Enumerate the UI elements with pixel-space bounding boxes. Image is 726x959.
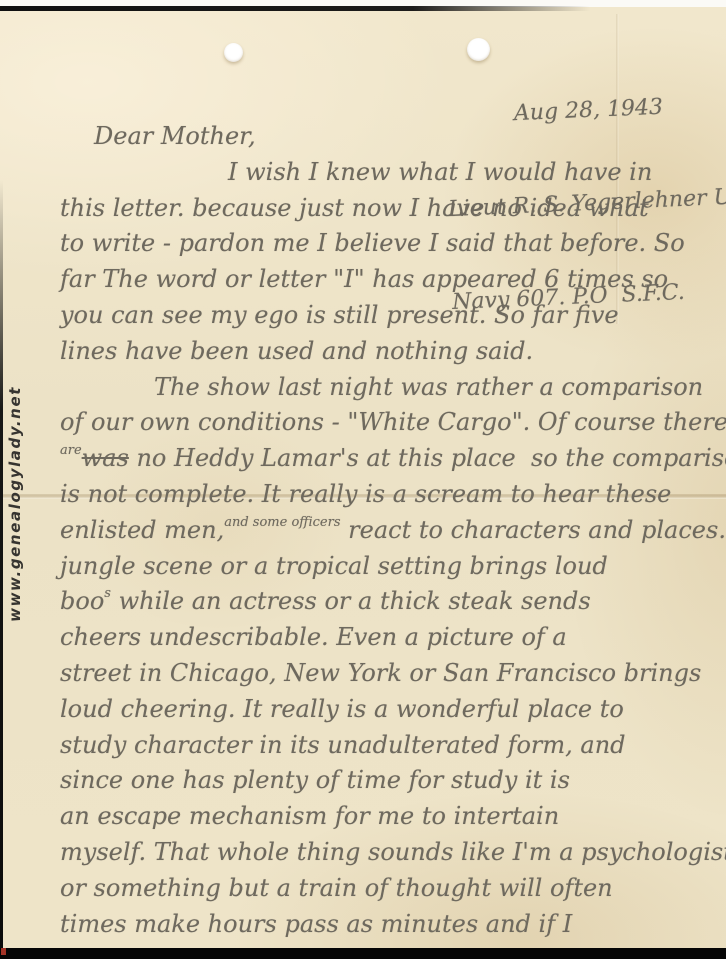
watermark-url: www.genealogylady.net (6, 386, 24, 622)
line-text: to write - pardon me I believe I said th… (60, 229, 685, 257)
line-text: lines have been used and nothing said. (60, 337, 533, 365)
letter-line: jungle scene or a tropical setting bring… (60, 549, 720, 585)
letter-line: enlisted men,and some officers react to … (60, 513, 720, 549)
letter-line: The show last night was rather a compari… (60, 370, 720, 406)
line-text: an escape mechanism for me to intertain (60, 802, 559, 830)
letter-salutation: Dear Mother, (60, 119, 720, 155)
letter-line: or something but a train of thought will… (60, 871, 720, 907)
line-text: loud cheering. It really is a wonderful … (60, 695, 624, 723)
letter-line: study character in its unadulterated for… (60, 728, 720, 764)
letter-line: street in Chicago, New York or San Franc… (60, 656, 720, 692)
line-text: react to characters and places. A (341, 516, 726, 544)
paper-top-edge-shadow (0, 6, 590, 11)
line-text: this letter. because just now I have no … (60, 194, 649, 222)
line-text: cheers undescribable. Even a picture of … (60, 623, 567, 651)
punch-hole-left (224, 43, 243, 62)
letter-line: cheers undescribable. Even a picture of … (60, 620, 720, 656)
line-text: you can see my ego is still present. So … (60, 301, 619, 329)
letter-body: Dear Mother, I wish I knew what I would … (60, 119, 720, 942)
line-text: jungle scene or a tropical setting bring… (60, 552, 608, 580)
scanned-letter-page: Aug 28, 1943 Lieut R. S. Yegerlehner USN… (0, 0, 726, 959)
line-text: times make hours pass as minutes and if … (60, 910, 572, 938)
letter-line: this letter. because just now I have no … (60, 191, 720, 227)
letter-line: boos while an actress or a thick steak s… (60, 584, 720, 620)
letter-line: to write - pardon me I believe I said th… (60, 226, 720, 262)
inserted-word: and some officers (224, 518, 340, 528)
letter-line: of our own conditions - "White Cargo". O… (60, 405, 720, 441)
line-text: I wish I knew what I would have in (228, 158, 652, 186)
letter-line: you can see my ego is still present. So … (60, 298, 720, 334)
letter-line: since one has plenty of time for study i… (60, 763, 720, 799)
line-text: enlisted men, (60, 516, 224, 544)
paper-left-edge-shadow (0, 180, 3, 948)
letter-line: is not complete. It really is a scream t… (60, 477, 720, 513)
letter-line: myself. That whole thing sounds like I'm… (60, 835, 720, 871)
letter-line: an escape mechanism for me to intertain (60, 799, 720, 835)
inserted-word: s (104, 589, 111, 599)
line-text: while an actress or a thick steak sends (111, 587, 591, 615)
line-text: or something but a train of thought will… (60, 874, 613, 902)
line-text: street in Chicago, New York or San Franc… (60, 659, 701, 687)
letter-line: lines have been used and nothing said. (60, 334, 720, 370)
line-text: no Heddy Lamar's at this place so the co… (129, 444, 726, 472)
line-text: study character in its unadulterated for… (60, 731, 626, 759)
line-text: far The word or letter "I" has appeared … (60, 265, 668, 293)
line-text: boo (60, 587, 104, 615)
line-text: myself. That whole thing sounds like I'm… (60, 838, 726, 866)
letter-line: loud cheering. It really is a wonderful … (60, 692, 720, 728)
letter-line: arewas no Heddy Lamar's at this place so… (60, 441, 720, 477)
letter-line: far The word or letter "I" has appeared … (60, 262, 720, 298)
line-text: of our own conditions - "White Cargo". O… (60, 408, 726, 436)
line-text: The show last night was rather a compari… (154, 373, 703, 401)
letter-line: I wish I knew what I would have in (60, 155, 720, 191)
line-text: is not complete. It really is a scream t… (60, 480, 671, 508)
line-text: since one has plenty of time for study i… (60, 766, 570, 794)
letter-line: times make hours pass as minutes and if … (60, 907, 720, 943)
struck-word: was (82, 444, 129, 472)
punch-hole-right (467, 38, 490, 61)
scan-artifact-speck (1, 948, 6, 955)
inserted-word: are (60, 446, 82, 456)
letter-paper: Aug 28, 1943 Lieut R. S. Yegerlehner USN… (0, 7, 726, 948)
